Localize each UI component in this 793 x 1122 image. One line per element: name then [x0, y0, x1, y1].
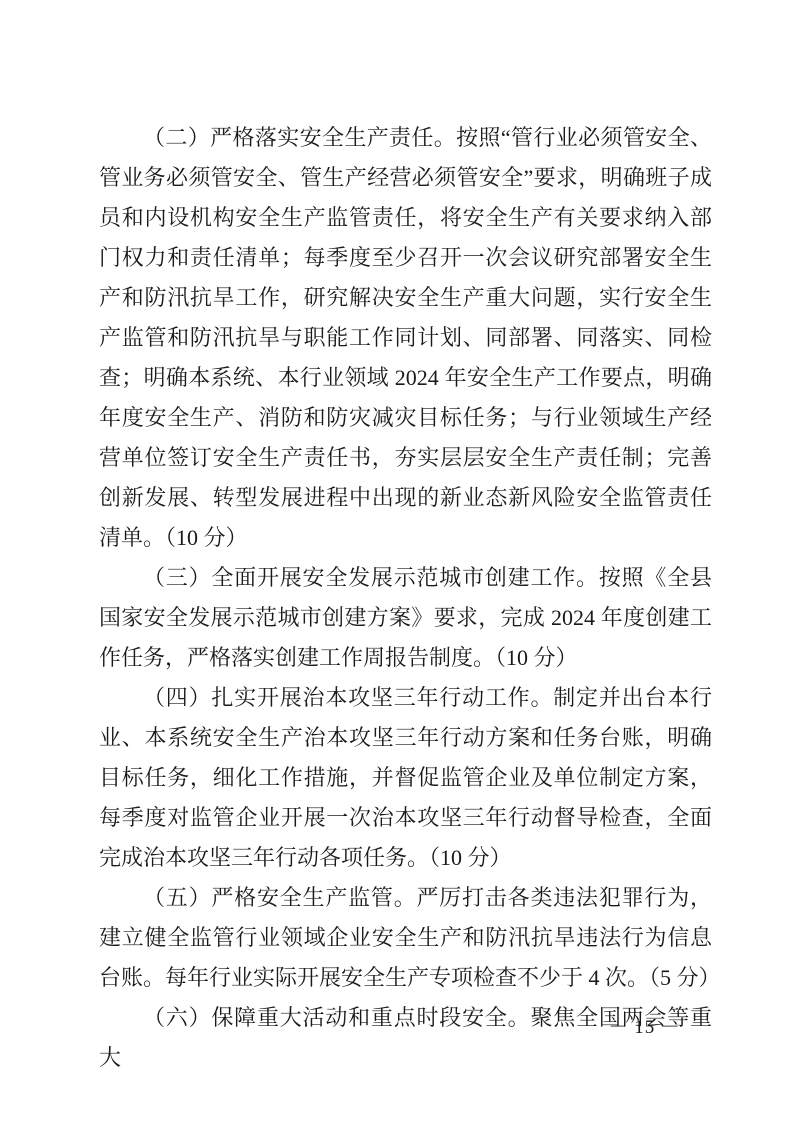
document-body: （二）严格落实安全生产责任。按照“管行业必须管安全、管业务必须管安全、管生产经营… — [99, 118, 712, 1078]
paragraph-item-5: （五）严格安全生产监管。严厉打击各类违法犯罪行为，建立健全监管行业领域企业安全生… — [99, 878, 712, 998]
page-footer: － 15 － — [608, 1012, 681, 1039]
paragraph-item-2: （二）严格落实安全生产责任。按照“管行业必须管安全、管业务必须管安全、管生产经营… — [99, 118, 712, 558]
page-number: － 15 － — [608, 1017, 681, 1038]
paragraph-item-3: （三）全面开展安全发展示范城市创建工作。按照《全县国家安全发展示范城市创建方案》… — [99, 558, 712, 678]
document-page: （二）严格落实安全生产责任。按照“管行业必须管安全、管业务必须管安全、管生产经营… — [0, 0, 793, 1122]
paragraph-item-4: （四）扎实开展治本攻坚三年行动工作。制定并出台本行业、本系统安全生产治本攻坚三年… — [99, 678, 712, 878]
